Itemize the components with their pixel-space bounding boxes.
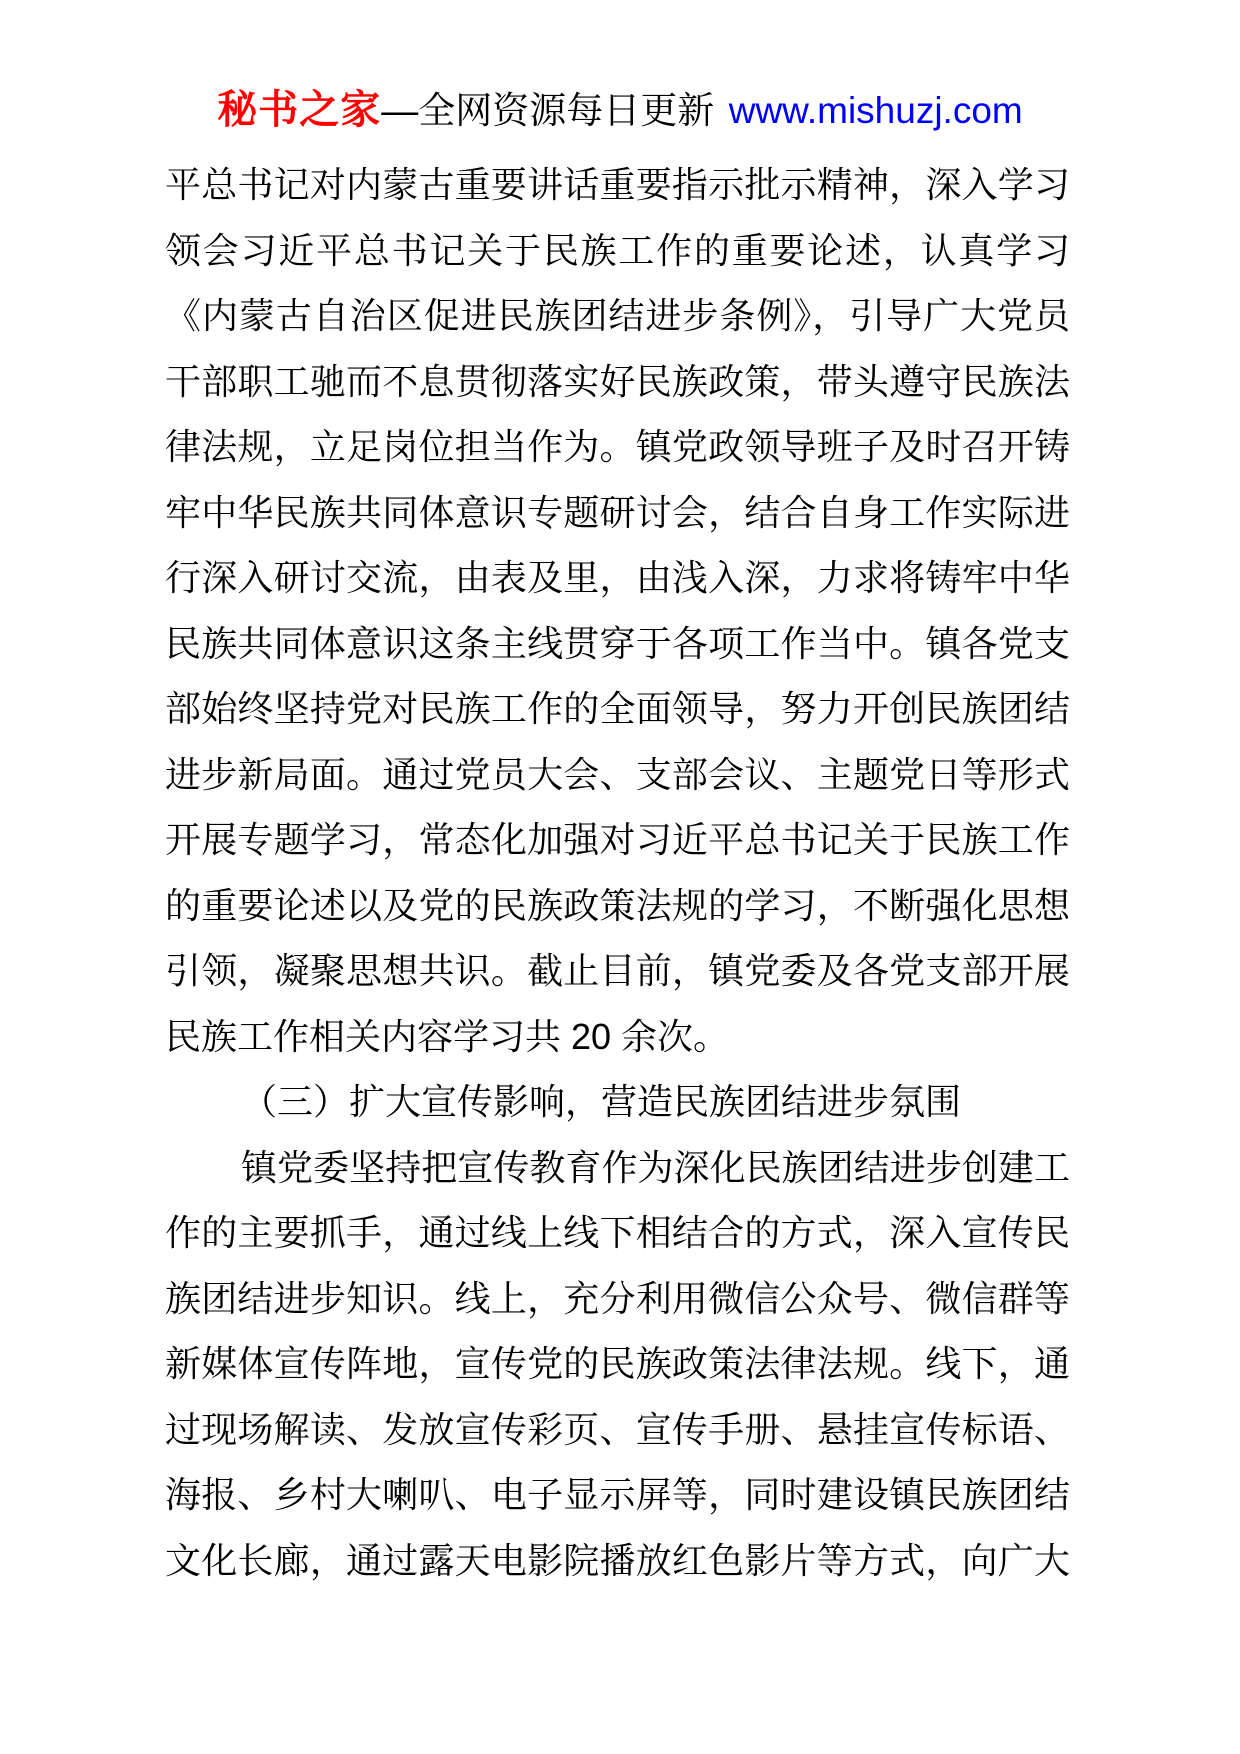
body-line: 民族工作相关内容学习共 20 余次。 <box>165 1004 1070 1070</box>
body-line: 镇党委坚持把宣传教育作为深化民族团结进步创建工 <box>165 1135 1070 1201</box>
body-line: 的重要论述以及党的民族政策法规的学习，不断强化思想 <box>165 873 1070 939</box>
site-header: 秘书之家—全网资源每日更新 www.mishuzj.com <box>0 84 1240 145</box>
site-tagline: —全网资源每日更新 <box>381 90 714 131</box>
body-line: 民族共同体意识这条主线贯穿于各项工作当中。镇各党支 <box>165 611 1070 677</box>
body-line: 海报、乡村大喇叭、电子显示屏等，同时建设镇民族团结 <box>165 1462 1070 1528</box>
body-line: 律法规，立足岗位担当作为。镇党政领导班子及时召开铸 <box>165 414 1070 480</box>
body-line: 作的主要抓手，通过线上线下相结合的方式，深入宣传民 <box>165 1200 1070 1266</box>
body-line: 干部职工驰而不息贯彻落实好民族政策，带头遵守民族法 <box>165 349 1070 415</box>
body-line: 引领，凝聚思想共识。截止目前，镇党委及各党支部开展 <box>165 938 1070 1004</box>
site-brand: 秘书之家 <box>217 88 381 132</box>
body-line: 行深入研讨交流，由表及里，由浅入深，力求将铸牢中华 <box>165 545 1070 611</box>
site-url-link[interactable]: www.mishuzj.com <box>729 90 1023 131</box>
document-body: 平总书记对内蒙古重要讲话重要指示批示精神，深入学习 领会习近平总书记关于民族工作… <box>165 152 1070 1593</box>
body-line: 进步新局面。通过党员大会、支部会议、主题党日等形式 <box>165 742 1070 808</box>
body-line: 牢中华民族共同体意识专题研讨会，结合自身工作实际进 <box>165 480 1070 546</box>
body-line: 领会习近平总书记关于民族工作的重要论述，认真学习 <box>165 218 1070 284</box>
body-line: 族团结进步知识。线上，充分利用微信公众号、微信群等 <box>165 1266 1070 1332</box>
body-line: 部始终坚持党对民族工作的全面领导，努力开创民族团结 <box>165 676 1070 742</box>
body-line: 过现场解读、发放宣传彩页、宣传手册、悬挂宣传标语、 <box>165 1397 1070 1463</box>
body-line: 新媒体宣传阵地，宣传党的民族政策法律法规。线下，通 <box>165 1331 1070 1397</box>
section-heading: （三）扩大宣传影响，营造民族团结进步氛围 <box>165 1069 1070 1135</box>
body-line: 《内蒙古自治区促进民族团结进步条例》，引导广大党员 <box>165 283 1070 349</box>
body-line: 文化长廊，通过露天电影院播放红色影片等方式，向广大 <box>165 1528 1070 1594</box>
body-line: 开展专题学习，常态化加强对习近平总书记关于民族工作 <box>165 807 1070 873</box>
body-line: 平总书记对内蒙古重要讲话重要指示批示精神，深入学习 <box>165 152 1070 218</box>
document-page: 秘书之家—全网资源每日更新 www.mishuzj.com 平总书记对内蒙古重要… <box>0 0 1240 1754</box>
